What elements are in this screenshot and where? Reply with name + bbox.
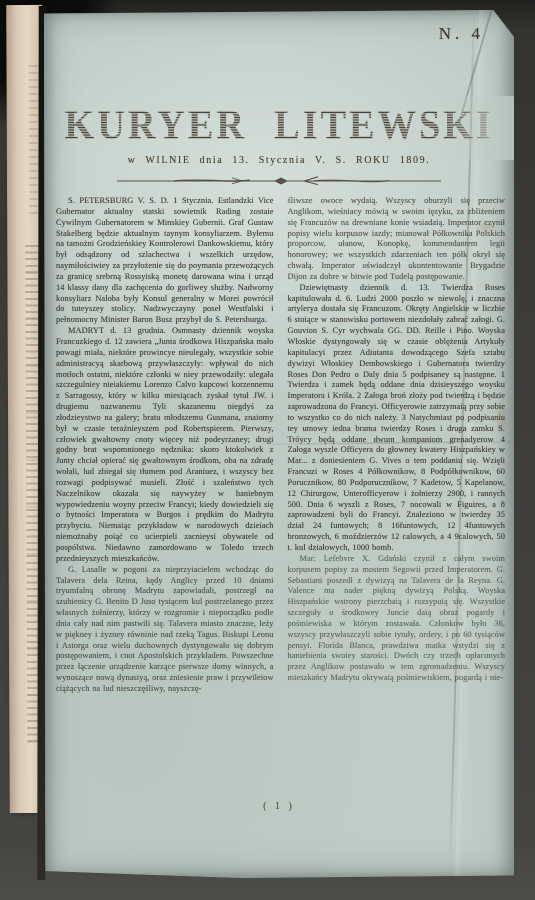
scan-background: N. 4 KURYER LITEWSKI w WILNIE dnia 13. S…: [0, 0, 535, 900]
dateline: w WILNIE dnia 13. Stycznia V. S. ROKU 18…: [44, 155, 514, 166]
article-paragraph: MADRYT d. 13 grudnia. Osmnasty dziennik …: [56, 326, 274, 565]
article-paragraph: Mar: Lefebvre X. Gdański czynił z całym …: [288, 554, 506, 684]
body-columns: S. PETERSBURG V. S. D. 1 Stycznia. Estla…: [56, 196, 505, 797]
section-divider: [44, 173, 514, 192]
right-column: śliwsze owoce wydaią. Wszyscy oburzyli s…: [288, 196, 506, 797]
article-paragraph: śliwsze owoce wydaią. Wszyscy oburzyli s…: [288, 196, 506, 283]
left-column: S. PETERSBURG V. S. D. 1 Stycznia. Estla…: [56, 196, 274, 797]
article-paragraph: G. Lasalle w pogoni za nieprzyiacielem w…: [56, 565, 274, 695]
issue-number: N. 4: [439, 24, 484, 44]
fold-fade-overlay: [444, 96, 514, 160]
newspaper-page: N. 4 KURYER LITEWSKI w WILNIE dnia 13. S…: [44, 10, 514, 878]
divider-flourish-icon: [114, 173, 444, 187]
masthead-title: KURYER LITEWSKI: [63, 102, 495, 150]
article-paragraph: Dziewiętnasty dziennik d. 13. Twierdza R…: [288, 283, 506, 554]
article-paragraph: S. PETERSBURG V. S. D. 1 Stycznia. Estla…: [56, 196, 274, 326]
page-number: ( 1 ): [44, 801, 514, 812]
